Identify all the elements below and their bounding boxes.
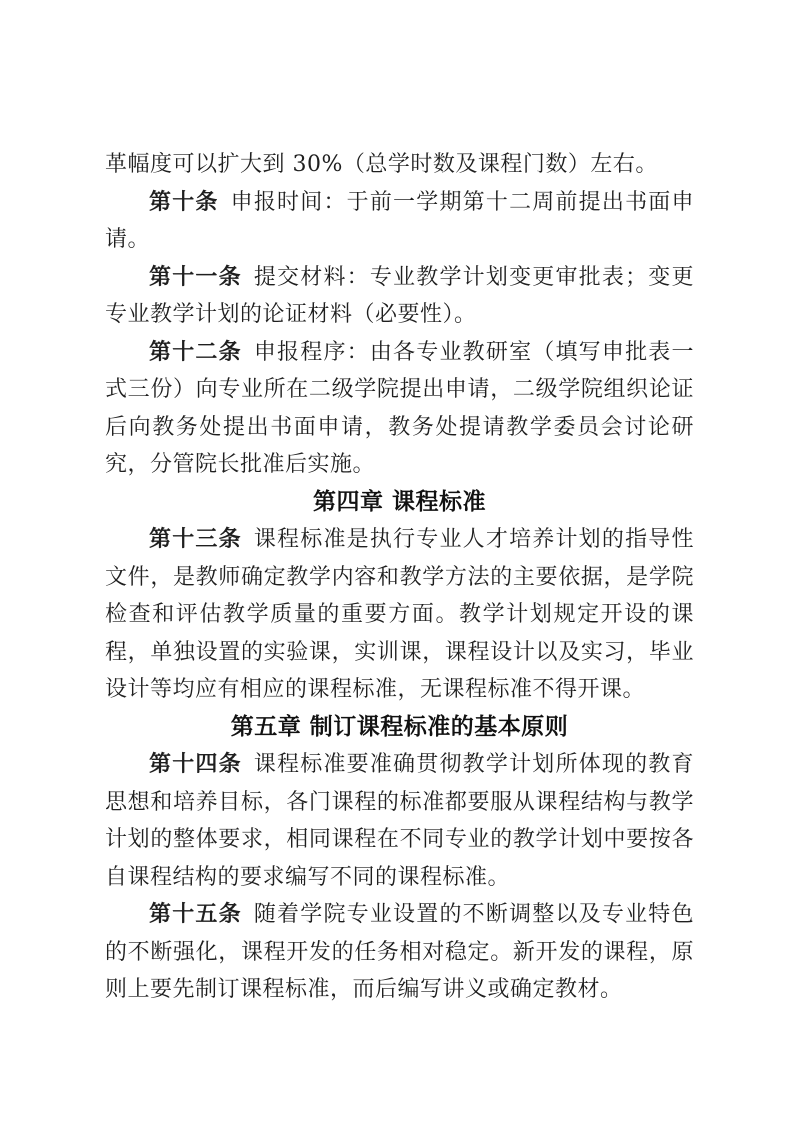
document-body: 革幅度可以扩大到 30%（总学时数及课程门数）左右。 第十条申报时间：于前一学期… — [105, 146, 694, 1009]
continuation-paragraph: 革幅度可以扩大到 30%（总学时数及课程门数）左右。 — [105, 146, 694, 184]
article-15-number: 第十五条 — [149, 901, 242, 927]
article-14-paragraph: 第十四条课程标准要准确贯彻教学计划所体现的教育思想和培养目标，各门课程的标准都要… — [105, 746, 694, 896]
article-12-number: 第十二条 — [149, 339, 242, 365]
article-14-number: 第十四条 — [149, 751, 242, 777]
article-13-text: 课程标准是执行专业人才培养计划的指导性文件，是教师确定教学内容和教学方法的主要依… — [105, 527, 694, 702]
article-10-paragraph: 第十条申报时间：于前一学期第十二周前提出书面申请。 — [105, 184, 694, 259]
article-15-paragraph: 第十五条随着学院专业设置的不断调整以及专业特色的不断强化，课程开发的任务相对稳定… — [105, 896, 694, 1009]
article-11-paragraph: 第十一条提交材料：专业教学计划变更审批表；变更专业教学计划的论证材料（必要性）。 — [105, 259, 694, 334]
chapter-4-heading: 第四章 课程标准 — [105, 484, 694, 522]
article-13-paragraph: 第十三条课程标准是执行专业人才培养计划的指导性文件，是教师确定教学内容和教学方法… — [105, 521, 694, 709]
chapter-5-heading: 第五章 制订课程标准的基本原则 — [105, 709, 694, 747]
article-10-number: 第十条 — [149, 189, 219, 215]
article-13-number: 第十三条 — [149, 526, 242, 552]
article-12-paragraph: 第十二条申报程序：由各专业教研室（填写申批表一式三份）向专业所在二级学院提出申请… — [105, 334, 694, 484]
document-page: 革幅度可以扩大到 30%（总学时数及课程门数）左右。 第十条申报时间：于前一学期… — [0, 0, 794, 1122]
article-11-number: 第十一条 — [149, 264, 242, 290]
